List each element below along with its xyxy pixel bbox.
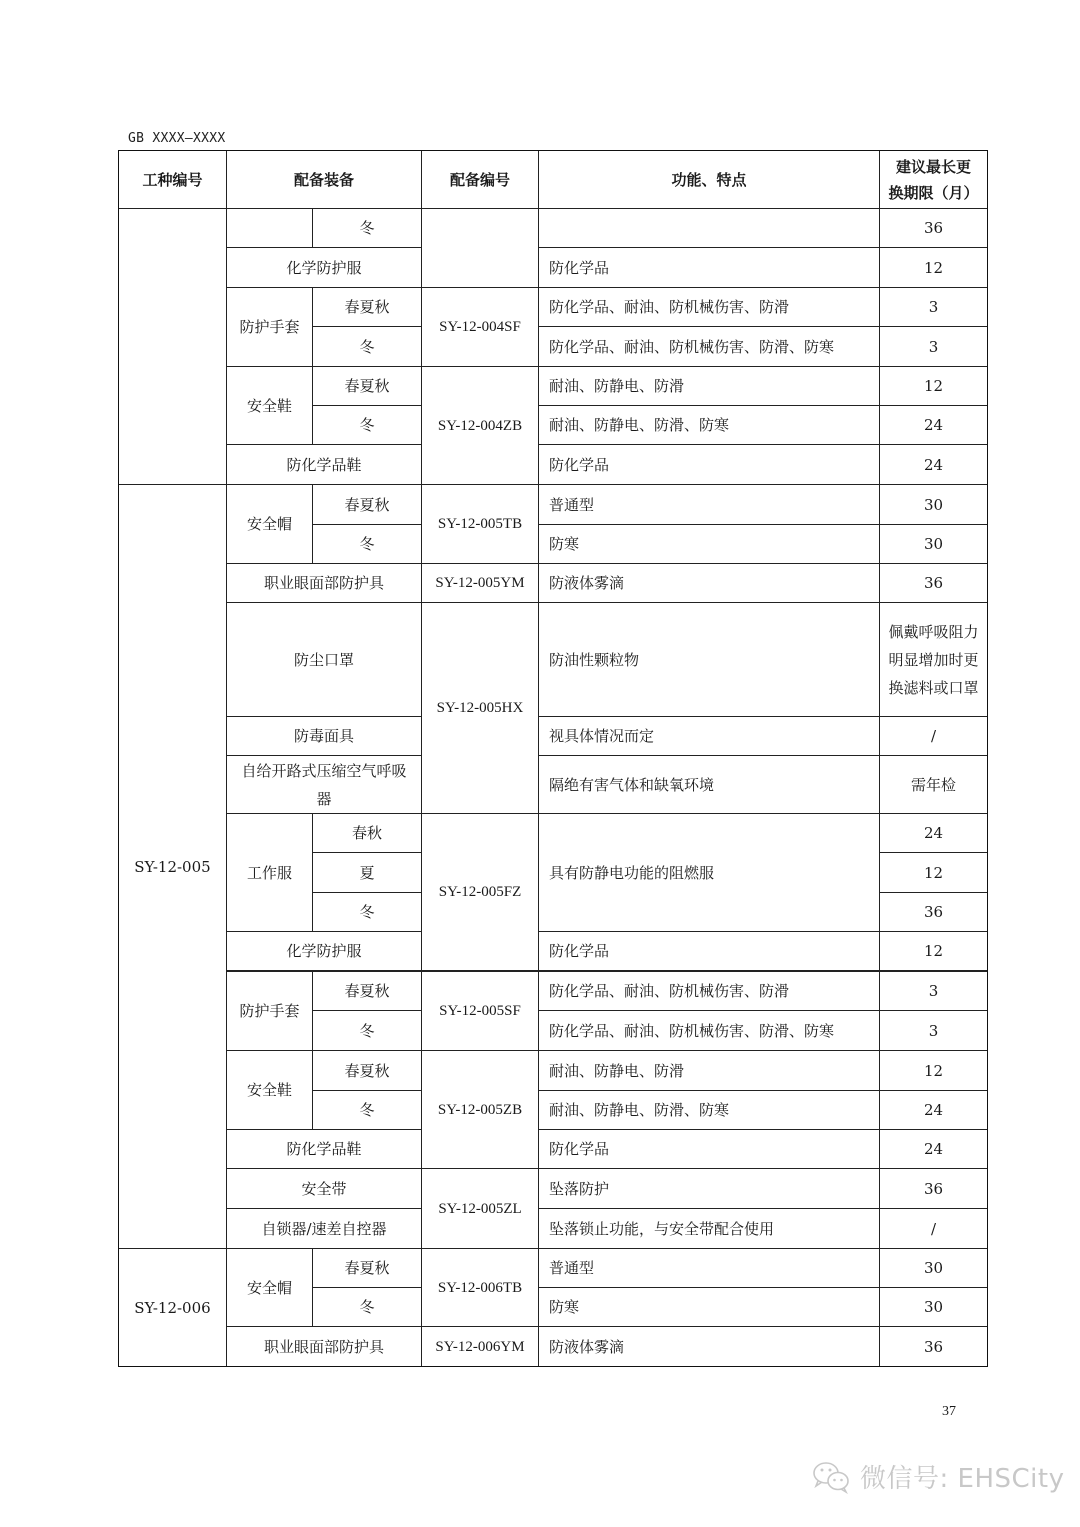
period-cell: 30 <box>879 1287 988 1327</box>
season-cell: 春秋 <box>312 813 422 853</box>
equipment-cell-empty <box>226 208 313 248</box>
feature-cell: 防化学品、耐油、防机械伤害、防滑 <box>538 287 880 327</box>
feature-cell: 防液体雾滴 <box>538 563 880 603</box>
watermark-text: 微信号: EHSCity <box>860 1458 1064 1495</box>
period-cell: 24 <box>879 1129 988 1169</box>
feature-cell: 防寒 <box>538 1287 880 1327</box>
period-cell: 30 <box>879 484 988 525</box>
equipment-code-cell: SY-12-006YM <box>421 1326 539 1367</box>
feature-cell: 耐油、防静电、防滑 <box>538 366 880 406</box>
equipment-cell: 防护手套 <box>226 287 313 367</box>
season-cell: 春夏秋 <box>312 287 422 327</box>
period-cell: 30 <box>879 524 988 564</box>
equipment-cell: 安全带 <box>226 1168 422 1209</box>
season-cell: 春夏秋 <box>312 1248 422 1288</box>
equipment-table: 工种编号 配备装备 配备编号 功能、特点 建议最长更 换期限（月） SY-12-… <box>0 0 1080 1527</box>
watermark: 微信号: EHSCity <box>812 1458 1064 1495</box>
wechat-icon <box>812 1460 852 1494</box>
equipment-code-cell: SY-12-005ZL <box>421 1168 539 1249</box>
feature-cell: 耐油、防静电、防滑、防寒 <box>538 1090 880 1130</box>
feature-cell: 防化学品 <box>538 247 880 288</box>
equipment-cell: 工作服 <box>226 813 313 932</box>
season-cell: 冬 <box>312 1010 422 1051</box>
season-cell: 冬 <box>312 1287 422 1327</box>
feature-cell: 防化学品 <box>538 1129 880 1169</box>
period-cell: 12 <box>879 366 988 406</box>
equipment-code-cell: SY-12-004SF <box>421 287 539 367</box>
job-code-cell-continued <box>118 208 227 485</box>
col-header-period-line2: 换期限（月） <box>888 180 978 206</box>
feature-cell: 隔绝有害气体和缺氧环境 <box>538 755 880 814</box>
season-cell: 春夏秋 <box>312 1050 422 1091</box>
season-cell: 春夏秋 <box>312 366 422 406</box>
equipment-code-cell-empty <box>421 208 539 288</box>
equipment-cell: 防毒面具 <box>226 716 422 756</box>
equipment-code-cell: SY-12-005ZB <box>421 1050 539 1169</box>
season-cell: 春夏秋 <box>312 484 422 525</box>
period-cell: 24 <box>879 813 988 853</box>
period-cell: 3 <box>879 326 988 367</box>
period-cell: 36 <box>879 208 988 248</box>
feature-cell-empty <box>538 208 880 248</box>
equipment-code-cell: SY-12-004ZB <box>421 366 539 485</box>
equipment-cell: 安全帽 <box>226 1248 313 1327</box>
period-cell: / <box>879 716 988 756</box>
equipment-cell: 防护手套 <box>226 971 313 1051</box>
job-code-cell: SY-12-005 <box>118 484 227 1249</box>
feature-cell: 防化学品、耐油、防机械伤害、防滑、防寒 <box>538 1010 880 1051</box>
feature-cell: 耐油、防静电、防滑 <box>538 1050 880 1091</box>
feature-cell: 坠落防护 <box>538 1168 880 1209</box>
feature-cell: 耐油、防静电、防滑、防寒 <box>538 405 880 445</box>
period-cell: 36 <box>879 1168 988 1209</box>
period-cell: 36 <box>879 1326 988 1367</box>
season-cell: 冬 <box>312 1090 422 1130</box>
equipment-cell: 防化学品鞋 <box>226 444 422 485</box>
period-cell: 3 <box>879 971 988 1011</box>
equipment-cell: 防化学品鞋 <box>226 1129 422 1169</box>
period-cell: 24 <box>879 444 988 485</box>
period-cell: 36 <box>879 892 988 932</box>
col-header-equipment: 配备装备 <box>226 150 422 209</box>
col-header-features: 功能、特点 <box>538 150 880 209</box>
equipment-cell: 安全鞋 <box>226 1050 313 1130</box>
season-cell: 春夏秋 <box>312 971 422 1011</box>
equipment-code-cell: SY-12-005SF <box>421 971 539 1051</box>
feature-cell: 防化学品、耐油、防机械伤害、防滑、防寒 <box>538 326 880 367</box>
season-cell: 冬 <box>312 405 422 445</box>
season-cell: 冬 <box>312 524 422 564</box>
period-cell: 3 <box>879 1010 988 1051</box>
equipment-cell: 安全帽 <box>226 484 313 564</box>
equipment-cell: 职业眼面部防护具 <box>226 563 422 603</box>
period-cell: 12 <box>879 247 988 288</box>
equipment-code-cell: SY-12-006TB <box>421 1248 539 1327</box>
feature-cell: 防化学品 <box>538 931 880 971</box>
col-header-period-line1: 建议最长更 <box>896 154 971 180</box>
feature-cell: 普通型 <box>538 1248 880 1288</box>
equipment-code-cell: SY-12-005YM <box>421 563 539 603</box>
feature-cell: 防化学品 <box>538 444 880 485</box>
period-cell: 24 <box>879 1090 988 1130</box>
feature-cell: 防寒 <box>538 524 880 564</box>
equipment-cell: 防尘口罩 <box>226 602 422 717</box>
equipment-cell: 化学防护服 <box>226 247 422 288</box>
season-cell: 冬 <box>312 208 422 248</box>
period-cell: 30 <box>879 1248 988 1288</box>
equipment-cell: 自给开路式压缩空气呼吸器 <box>226 755 422 814</box>
period-cell: 36 <box>879 563 988 603</box>
equipment-cell: 自锁器/速差自控器 <box>226 1208 422 1249</box>
col-header-equipment-code: 配备编号 <box>421 150 539 209</box>
period-cell: 3 <box>879 287 988 327</box>
season-cell: 冬 <box>312 892 422 932</box>
feature-cell: 具有防静电功能的阻燃服 <box>538 813 880 932</box>
period-cell: 需年检 <box>879 755 988 814</box>
equipment-cell: 化学防护服 <box>226 931 422 971</box>
feature-cell: 防化学品、耐油、防机械伤害、防滑 <box>538 971 880 1011</box>
equipment-code-cell: SY-12-005FZ <box>421 813 539 971</box>
period-cell: 12 <box>879 931 988 971</box>
page-number: 37 <box>942 1404 956 1420</box>
season-cell: 夏 <box>312 852 422 893</box>
col-header-replacement-period: 建议最长更 换期限（月） <box>879 150 988 209</box>
job-code-cell: SY-12-006 <box>118 1248 227 1367</box>
period-cell: 佩戴呼吸阻力明显增加时更换滤料或口罩 <box>879 602 988 717</box>
feature-cell: 视具体情况而定 <box>538 716 880 756</box>
equipment-cell: 职业眼面部防护具 <box>226 1326 422 1367</box>
equipment-cell: 安全鞋 <box>226 366 313 445</box>
feature-cell: 防油性颗粒物 <box>538 602 880 717</box>
feature-cell: 坠落锁止功能，与安全带配合使用 <box>538 1208 880 1249</box>
period-cell: 12 <box>879 852 988 893</box>
period-cell: 24 <box>879 405 988 445</box>
period-cell: / <box>879 1208 988 1249</box>
season-cell: 冬 <box>312 326 422 367</box>
feature-cell: 普通型 <box>538 484 880 525</box>
col-header-job-code: 工种编号 <box>118 150 227 209</box>
period-cell: 12 <box>879 1050 988 1091</box>
equipment-code-cell: SY-12-005HX <box>421 602 539 814</box>
equipment-code-cell: SY-12-005TB <box>421 484 539 564</box>
feature-cell: 防液体雾滴 <box>538 1326 880 1367</box>
